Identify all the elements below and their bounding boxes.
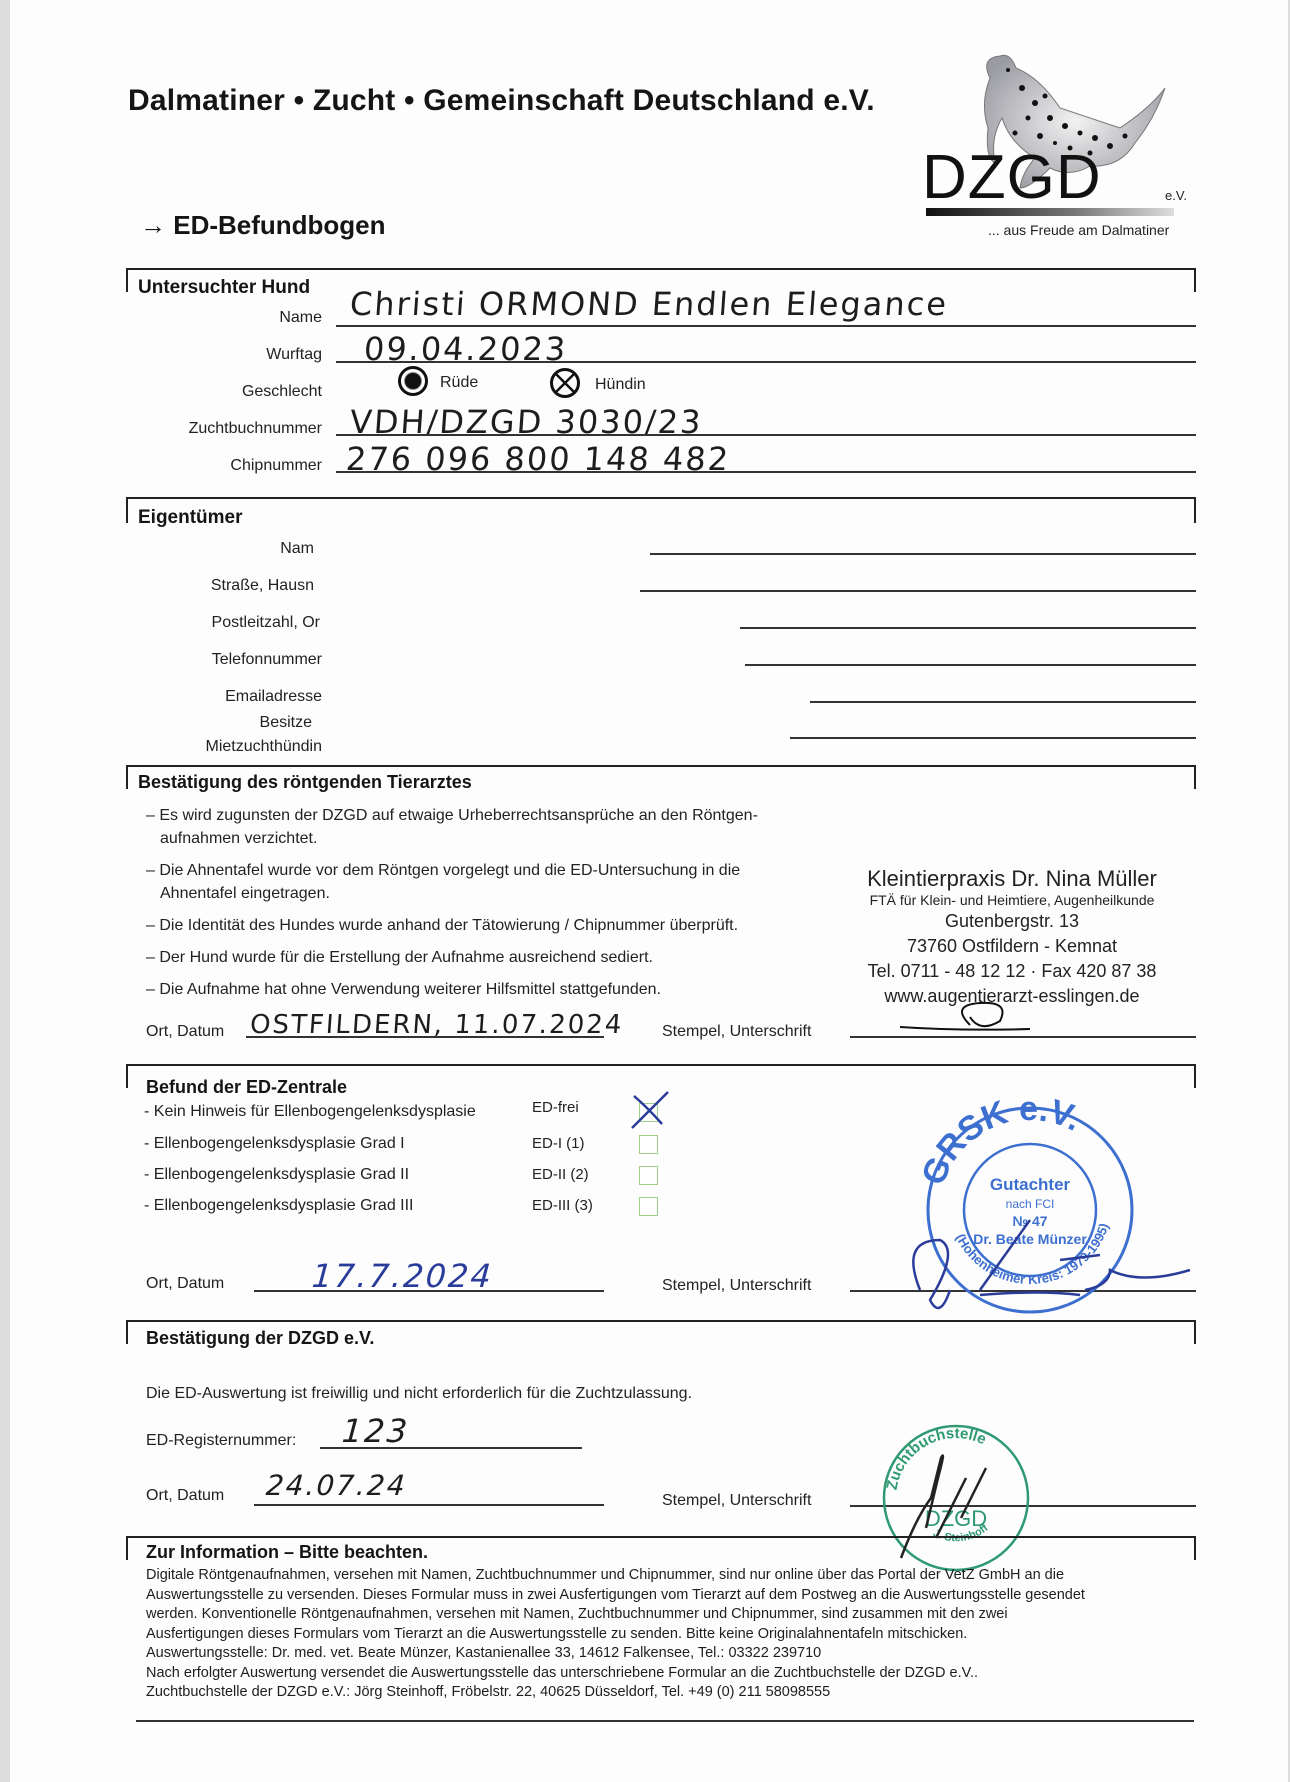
cross-mark-icon	[553, 371, 577, 395]
ed-row-code: ED-III (3)	[532, 1195, 593, 1217]
ed-row-description: - Ellenbogengelenksdysplasie Grad III	[144, 1195, 414, 1217]
owner-rental-label: Mietzuchthündin	[140, 738, 322, 756]
sex-option-male-radio[interactable]	[398, 366, 428, 396]
info-line: Zuchtbuchstelle der DZGD e.V.: Jörg Stei…	[146, 1683, 1196, 1703]
ed-place-date-label: Ort, Datum	[146, 1273, 224, 1295]
dzgd-place-date-label: Ort, Datum	[146, 1485, 224, 1507]
vet-section-title: Bestätigung des röntgenden Tierarztes	[138, 772, 472, 793]
section-border	[126, 268, 1196, 270]
info-line: Auswertungsstelle zu versenden. Dieses F…	[146, 1586, 1196, 1606]
vet-statement-5: – Die Aufnahme hat ohne Verwendung weite…	[146, 979, 661, 1001]
ed-row-description: - Ellenbogengelenksdysplasie Grad II	[144, 1164, 409, 1186]
vet-statement-1b: aufnahmen verzichtet.	[160, 828, 317, 850]
ed-row-checkbox[interactable]	[639, 1197, 658, 1216]
info-line: Digitale Röntgenaufnahmen, versehen mit …	[146, 1566, 1196, 1586]
section-border	[1194, 1320, 1196, 1344]
svg-text:Gutachter: Gutachter	[990, 1175, 1071, 1194]
vet-statement-1: – Es wird zugunsten der DZGD auf etwaige…	[146, 805, 758, 827]
vet-statement-3: – Die Identität des Hundes wurde anhand …	[146, 915, 738, 937]
vet-statement-4: – Der Hund wurde für die Erstellung der …	[146, 947, 653, 969]
section-border	[126, 1064, 128, 1088]
sex-option-female-label: Hündin	[595, 376, 646, 394]
sex-label: Geschlecht	[140, 383, 322, 401]
stamp-practice-name: Kleintierpraxis Dr. Nina Müller	[832, 866, 1192, 891]
birth-date-label: Wurftag	[140, 346, 322, 364]
stamp-city: 73760 Ostfildern - Kemnat	[832, 934, 1192, 959]
dog-name-value[interactable]: Christi ORMOND Endlen Elegance	[349, 285, 950, 323]
ed-place-date-line	[254, 1290, 604, 1292]
info-line: Auswertungsstelle: Dr. med. vet. Beate M…	[146, 1644, 1196, 1664]
dog-name-label: Name	[140, 309, 322, 327]
owner-phone-label: Telefonnummer	[140, 651, 322, 669]
vet-place-date-label: Ort, Datum	[146, 1021, 224, 1043]
section-border	[126, 497, 1196, 499]
register-number-label: ED-Registernummer:	[146, 1430, 296, 1452]
owner-email-line[interactable]	[810, 701, 1196, 703]
svg-text:nach FCI: nach FCI	[1006, 1197, 1055, 1211]
sex-option-male-label: Rüde	[440, 374, 478, 392]
organization-name: Dalmatiner • Zucht • Gemeinschaft Deutsc…	[128, 84, 875, 118]
stamp-street: Gutenbergstr. 13	[832, 909, 1192, 934]
section-border	[126, 497, 128, 523]
vet-practice-stamp: Kleintierpraxis Dr. Nina Müller FTÄ für …	[832, 866, 1192, 1009]
section-border	[1194, 497, 1196, 523]
owner-email-label: Emailadresse	[140, 688, 322, 706]
ed-row-description: - Kein Hinweis für Ellenbogengelenksdysp…	[144, 1101, 476, 1123]
info-line: Nach erfolgter Auswertung versendet die …	[146, 1664, 1196, 1684]
section-border	[126, 1536, 128, 1560]
dog-name-line	[336, 325, 1196, 327]
dog-section-title: Untersuchter Hund	[138, 277, 310, 299]
document-page: Dalmatiner • Zucht • Gemeinschaft Deutsc…	[10, 0, 1288, 1782]
vet-signature-icon	[900, 995, 1060, 1035]
owner-phone-line[interactable]	[745, 664, 1196, 666]
ed-stamp-label: Stempel, Unterschrift	[662, 1275, 811, 1297]
owner-name-line[interactable]	[650, 553, 1196, 555]
cross-mark-icon	[628, 1090, 672, 1130]
owner-city-line[interactable]	[740, 627, 1196, 629]
document-title: → ED-Befundbogen	[140, 210, 386, 241]
bottom-rule	[136, 1720, 1194, 1722]
dzgd-notice: Die ED-Auswertung ist freiwillig und nic…	[146, 1383, 692, 1405]
owner-street-line[interactable]	[640, 590, 1196, 592]
owner-rental-line[interactable]	[790, 737, 1196, 739]
info-line: werden. Konventionelle Röntgenaufnahmen,…	[146, 1605, 1196, 1625]
ed-row-code: ED-frei	[532, 1097, 579, 1119]
svg-text:DZGD: DZGD	[925, 1506, 987, 1531]
dzgd-section-title: Bestätigung der DZGD e.V.	[146, 1328, 374, 1349]
birth-date-line	[336, 361, 1196, 363]
info-section-title: Zur Information – Bitte beachten.	[146, 1542, 428, 1563]
dzgd-place-date-line	[254, 1504, 604, 1506]
studbook-line	[336, 434, 1196, 436]
section-border	[126, 1320, 1196, 1322]
svg-text:Dr. Beate Münzer: Dr. Beate Münzer	[973, 1231, 1087, 1247]
chip-label: Chipnummer	[140, 457, 322, 475]
ed-row-checkbox[interactable]	[639, 1166, 658, 1185]
owner-city-label: Postleitzahl, Or	[140, 614, 320, 632]
dzgd-stamp-label: Stempel, Unterschrift	[662, 1490, 811, 1512]
section-border	[126, 765, 128, 789]
owner-name-label: Nam	[140, 540, 314, 558]
section-border	[126, 268, 128, 292]
info-text: Digitale Röntgenaufnahmen, versehen mit …	[146, 1566, 1196, 1703]
section-border	[1194, 1064, 1196, 1088]
chip-line	[336, 471, 1196, 473]
ed-row-checkbox[interactable]	[639, 1135, 658, 1154]
section-border	[126, 1320, 128, 1344]
logo-tagline: ... aus Freude am Dalmatiner	[988, 222, 1169, 238]
section-border	[126, 1536, 1196, 1538]
ed-row-description: - Ellenbogengelenksdysplasie Grad I	[144, 1133, 405, 1155]
vet-stamp-label: Stempel, Unterschrift	[662, 1021, 811, 1043]
vet-signature-line[interactable]	[850, 1036, 1196, 1038]
ed-row-code: ED-II (2)	[532, 1164, 589, 1186]
studbook-label: Zuchtbuchnummer	[140, 420, 322, 438]
owner-owner-label: Besitze	[140, 714, 312, 732]
stamp-phone: Tel. 0711 - 48 12 12 · Fax 420 87 38	[832, 959, 1192, 984]
register-number-line	[320, 1447, 582, 1449]
section-border	[126, 765, 1196, 767]
owner-section-title: Eigentümer	[138, 507, 243, 529]
section-border	[1194, 765, 1196, 789]
vet-statement-2b: Ahnentafel eingetragen.	[160, 883, 330, 905]
logo-abbreviation: DZGD	[922, 142, 1102, 213]
dzgd-place-date-value[interactable]: 24.07.24	[265, 1469, 408, 1502]
ed-row-checkbox[interactable]	[639, 1103, 658, 1122]
section-border	[126, 1064, 1196, 1066]
section-border	[1194, 268, 1196, 292]
logo-bar	[926, 208, 1174, 216]
grsk-stamp-icon: GRSK e.V. (Hohenheimer Kreis: 1979-1995)…	[910, 1090, 1200, 1330]
vet-statement-2: – Die Ahnentafel wurde vor dem Röntgen v…	[146, 860, 740, 882]
zuchtbuchstelle-stamp-icon: Zuchtbuchstelle J. Steinhoff DZGD	[876, 1418, 1036, 1578]
info-line: Ausfertigungen dieses Formulars vom Tier…	[146, 1625, 1196, 1645]
section-border	[1194, 1536, 1196, 1560]
stamp-specialty: FTÄ für Klein- und Heimtiere, Augenheilk…	[832, 891, 1192, 909]
vet-place-date-line	[246, 1036, 604, 1038]
register-number-value[interactable]: 123	[341, 1412, 411, 1450]
sex-option-female-radio[interactable]	[550, 368, 580, 398]
logo-suffix: e.V.	[1165, 188, 1187, 203]
owner-street-label: Straße, Hausn	[140, 577, 314, 595]
ed-row-code: ED-I (1)	[532, 1133, 585, 1155]
ed-section-title: Befund der ED-Zentrale	[146, 1077, 347, 1098]
